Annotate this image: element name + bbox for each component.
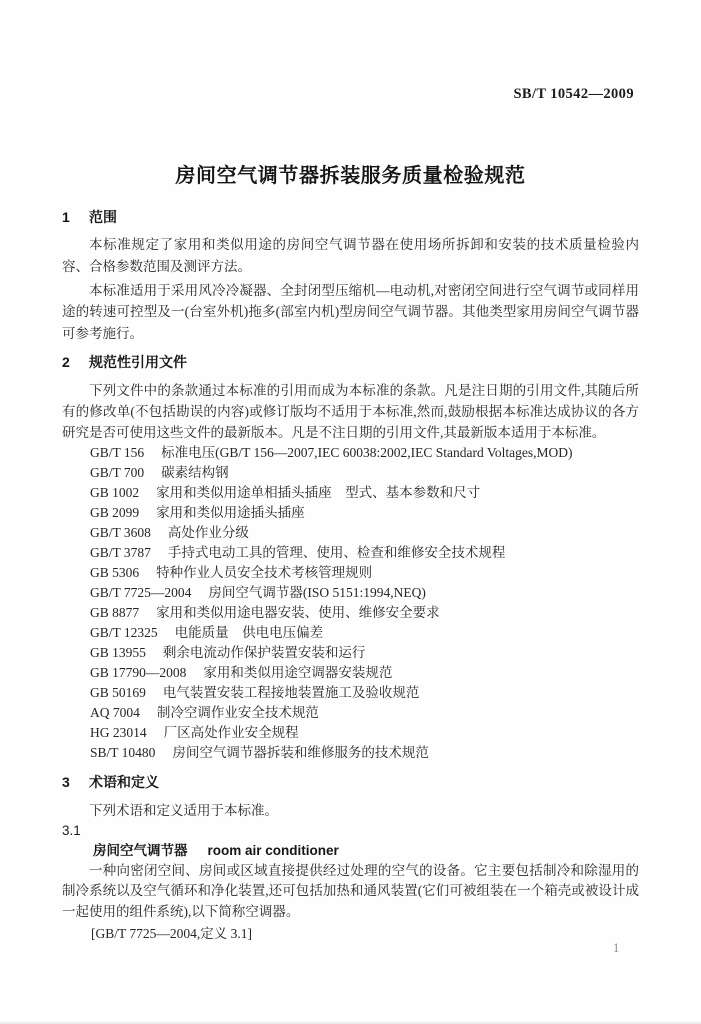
clause-number: 3.1 <box>62 821 81 841</box>
section-2-title: 规范性引用文件 <box>89 354 187 370</box>
reference-item: GB 13955剩余电流动作保护装置安装和运行 <box>62 643 639 663</box>
term-definition: 一种向密闭空间、房间或区域直接提供经过处理的空气的设备。它主要包括制冷和除湿用的… <box>62 861 639 922</box>
reference-code: GB 2099 <box>90 503 139 523</box>
reference-name: 手持式电动工具的管理、使用、检查和维修安全技术规程 <box>168 545 506 560</box>
reference-name: 标准电压(GB/T 156—2007,IEC 60038:2002,IEC St… <box>161 445 572 460</box>
reference-name: 房间空气调节器拆装和维修服务的技术规范 <box>172 745 429 760</box>
reference-item: GB 50169电气装置安装工程接地装置施工及验收规范 <box>62 683 639 703</box>
document-page: SB/T 10542—2009 房间空气调节器拆装服务质量检验规范 1范围 本标… <box>0 0 701 1024</box>
reference-item: HG 23014厂区高处作业安全规程 <box>62 723 639 743</box>
reference-code: GB 50169 <box>90 683 146 703</box>
reference-item: GB/T 12325电能质量 供电电压偏差 <box>62 623 639 643</box>
reference-code: SB/T 10480 <box>90 743 155 763</box>
reference-item: GB 5306特种作业人员安全技术考核管理规则 <box>62 563 639 583</box>
section-3-heading: 3术语和定义 <box>62 772 159 792</box>
reference-code: GB 17790—2008 <box>90 663 186 683</box>
reference-name: 碳素结构钢 <box>161 465 229 480</box>
reference-code: GB/T 7725—2004 <box>90 583 191 603</box>
page-title: 房间空气调节器拆装服务质量检验规范 <box>0 159 701 188</box>
section-3-number: 3 <box>62 772 89 792</box>
section-1-paragraph-1: 本标准规定了家用和类似用途的房间空气调节器在使用场所拆卸和安装的技术质量检验内容… <box>62 234 639 277</box>
reference-name: 剩余电流动作保护装置安装和运行 <box>163 645 366 660</box>
reference-code: GB/T 700 <box>90 463 144 483</box>
page-number: 1 <box>613 940 619 956</box>
section-1-heading: 1范围 <box>62 207 117 227</box>
reference-name: 家用和类似用途单相插头插座 型式、基本参数和尺寸 <box>156 485 480 500</box>
section-2-intro: 下列文件中的条款通过本标准的引用而成为本标准的条款。凡是注日期的引用文件,其随后… <box>62 380 639 443</box>
reference-name: 房间空气调节器(ISO 5151:1994,NEQ) <box>208 585 426 600</box>
standard-code: SB/T 10542—2009 <box>513 86 634 103</box>
reference-code: GB 13955 <box>90 643 146 663</box>
reference-item: SB/T 10480房间空气调节器拆装和维修服务的技术规范 <box>62 743 639 763</box>
reference-code: GB 5306 <box>90 563 139 583</box>
reference-code: AQ 7004 <box>90 703 140 723</box>
reference-item: GB/T 700碳素结构钢 <box>62 463 639 483</box>
term-name-en: room air conditioner <box>208 843 339 858</box>
reference-item: GB 17790—2008家用和类似用途空调器安装规范 <box>62 663 639 683</box>
reference-code: GB 8877 <box>90 603 139 623</box>
reference-name: 家用和类似用途空调器安装规范 <box>203 665 392 680</box>
section-1-title: 范围 <box>89 209 117 225</box>
section-1-number: 1 <box>62 207 89 227</box>
reference-item: GB/T 3608高处作业分级 <box>62 523 639 543</box>
reference-code: HG 23014 <box>90 723 147 743</box>
reference-item: GB/T 156标准电压(GB/T 156—2007,IEC 60038:200… <box>62 443 639 463</box>
reference-name: 制冷空调作业安全技术规范 <box>157 705 319 720</box>
term-source-reference: [GB/T 7725—2004,定义 3.1] <box>62 924 639 944</box>
reference-item: GB 2099家用和类似用途插头插座 <box>62 503 639 523</box>
section-2-heading: 2规范性引用文件 <box>62 352 187 372</box>
reference-code: GB/T 3608 <box>90 523 151 543</box>
references-list: GB/T 156标准电压(GB/T 156—2007,IEC 60038:200… <box>62 443 639 763</box>
reference-name: 特种作业人员安全技术考核管理规则 <box>156 565 372 580</box>
reference-name: 家用和类似用途电器安装、使用、维修安全要求 <box>156 605 440 620</box>
reference-name: 厂区高处作业安全规程 <box>164 725 299 740</box>
section-3-intro: 下列术语和定义适用于本标准。 <box>62 800 639 821</box>
reference-name: 电气装置安装工程接地装置施工及验收规范 <box>163 685 420 700</box>
reference-item: GB 8877家用和类似用途电器安装、使用、维修安全要求 <box>62 603 639 623</box>
section-1-paragraph-2: 本标准适用于采用风冷冷凝器、全封闭型压缩机—电动机,对密闭空间进行空气调节或同样… <box>62 280 639 344</box>
section-2-number: 2 <box>62 352 89 372</box>
reference-code: GB/T 156 <box>90 443 144 463</box>
reference-item: GB/T 7725—2004房间空气调节器(ISO 5151:1994,NEQ) <box>62 583 639 603</box>
reference-name: 电能质量 供电电压偏差 <box>175 625 324 640</box>
reference-item: GB 1002家用和类似用途单相插头插座 型式、基本参数和尺寸 <box>62 483 639 503</box>
reference-name: 家用和类似用途插头插座 <box>156 505 305 520</box>
reference-code: GB/T 3787 <box>90 543 151 563</box>
section-3-title: 术语和定义 <box>89 774 159 790</box>
reference-name: 高处作业分级 <box>168 525 249 540</box>
term-name-zh: 房间空气调节器 <box>93 843 188 858</box>
term-heading: 房间空气调节器room air conditioner <box>62 841 639 861</box>
reference-item: GB/T 3787手持式电动工具的管理、使用、检查和维修安全技术规程 <box>62 543 639 563</box>
reference-code: GB/T 12325 <box>90 623 158 643</box>
reference-code: GB 1002 <box>90 483 139 503</box>
reference-item: AQ 7004制冷空调作业安全技术规范 <box>62 703 639 723</box>
